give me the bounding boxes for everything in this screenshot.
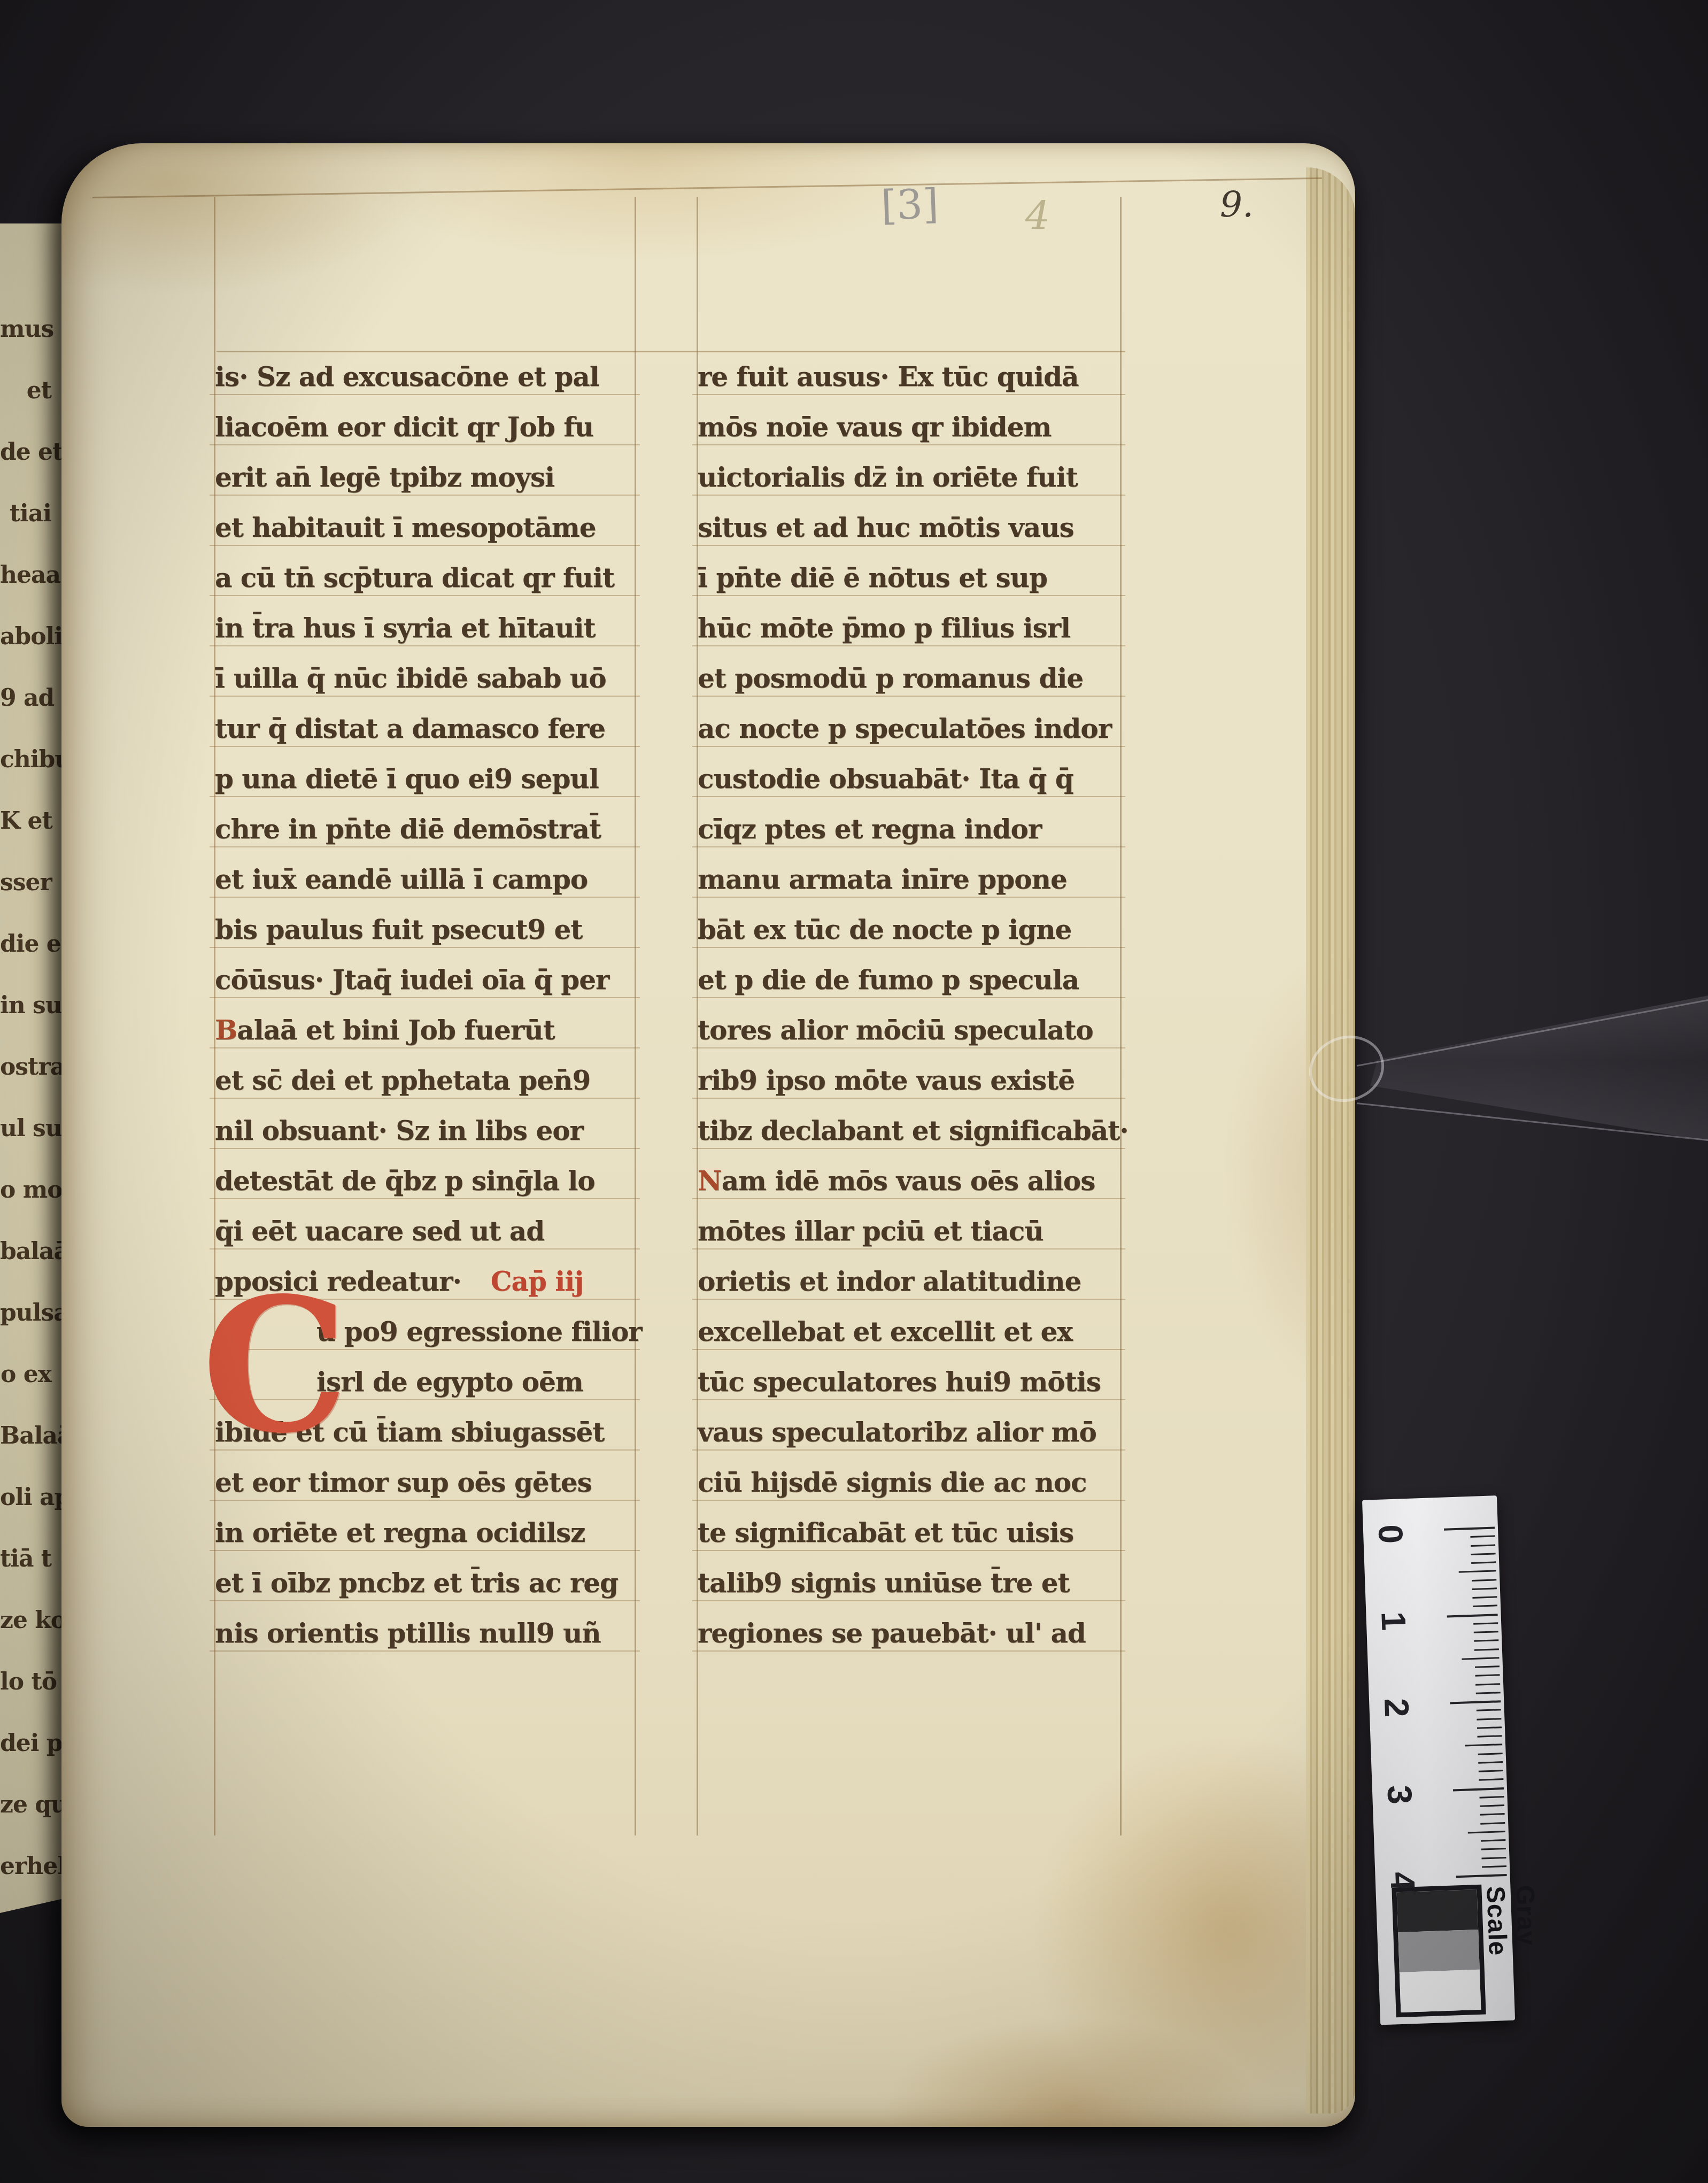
facing-page-fragment: o mouit: [0, 1159, 51, 1221]
manuscript-text-line: et ī oībz pncbz et t̄ris ac reg: [215, 1558, 635, 1608]
manuscript-text-line: et iux̄ eandē uillā ī campo: [215, 854, 635, 905]
ruler-tick: [1475, 1674, 1500, 1677]
facing-page-fragment: die et: [0, 913, 51, 975]
manuscript-text-line: bāt ex tūc de nocte p igne: [698, 905, 1120, 955]
manuscript-text-line: chre in pn̄te diē demōstrat̄: [215, 804, 635, 854]
illuminated-initial: C: [202, 1278, 330, 1470]
manuscript-text-line: bis paulus fuit psecut9 et: [215, 905, 635, 955]
facing-page-fragment: ul sus: [0, 1098, 51, 1159]
manuscript-text-line: a cū tn̄ scp̄tura dicat qr fuit: [215, 553, 635, 603]
manuscript-text-line: q̄i eēt uacare sed ut ad: [215, 1206, 635, 1256]
ruler-tick: [1477, 1709, 1501, 1711]
pencil-folio-annotation: [3]: [880, 180, 939, 229]
ruler-tick: [1481, 1839, 1505, 1842]
manuscript-text-line: in t̄ra hus ī syria et hītauit: [215, 603, 635, 653]
ruler-tick: [1476, 1692, 1501, 1694]
facing-page-fragment: heaa: [0, 544, 51, 606]
ruler-tick: [1477, 1726, 1502, 1729]
ruler-number: 0: [1370, 1515, 1411, 1554]
facing-page-fragment: Balaā: [0, 1405, 51, 1467]
ruler-tick: [1456, 1874, 1507, 1878]
facing-page-fragment: K et: [0, 790, 51, 852]
manuscript-text-line: custodie obsuabāt· Ita q̄ q̄: [698, 754, 1120, 804]
manuscript-text-line: in oriēte et regna ocidilsz: [215, 1508, 635, 1558]
manuscript-text-line: orietis et indor alatitudine: [698, 1256, 1120, 1307]
ruler-ticks: [1362, 1495, 1497, 1500]
top-frame-rule: [92, 178, 1322, 198]
manuscript-page: is· Sz ad excusacōne et palliacoēm eor d…: [61, 143, 1355, 2127]
chapter-rubric: Cap̄ iij: [491, 1266, 584, 1297]
manuscript-text-line: uictorialis dz̄ in oriēte fuit: [698, 452, 1120, 503]
manuscript-text-line: tores alior mōciū speculato: [698, 1005, 1120, 1055]
ruler-tick: [1474, 1648, 1499, 1651]
ruler-tick: [1477, 1718, 1501, 1721]
ruler-tick: [1474, 1631, 1498, 1633]
manuscript-text-line: tibz declabant et significabāt·: [698, 1106, 1120, 1156]
gray-scale-label: Gray Scale: [1480, 1885, 1543, 2018]
facing-page-fragment: chibu: [0, 729, 51, 790]
ruler-tick: [1478, 1735, 1502, 1738]
right-column-right-rule: [1120, 197, 1122, 1835]
ruler-tick: [1471, 1544, 1495, 1547]
ruler-tick: [1471, 1553, 1496, 1555]
manuscript-text-line: liacoēm eor dicit qr Job fu: [215, 402, 635, 452]
manuscript-text-line: Nam idē mōs vaus oēs alios: [698, 1156, 1120, 1206]
manuscript-text-line: cōūsus· Jtaq̄ iudei oīa q̄ per: [215, 955, 635, 1005]
ruler-tick: [1480, 1822, 1505, 1825]
manuscript-text-line: talib9 signis uniūse t̄re et: [698, 1558, 1120, 1608]
facing-page-fragment: tiai: [0, 483, 51, 544]
facing-page-fragment: de et: [0, 421, 51, 483]
ruler-tick: [1478, 1761, 1503, 1764]
facing-page-fragment: ostra: [0, 1036, 51, 1098]
red-touched-initial: B: [215, 1014, 237, 1046]
manuscript-text-line: hūc mōte p̄mo p filius isrl: [698, 603, 1120, 653]
manuscript-text-line: mōtes illar pciū et tiacū: [698, 1206, 1120, 1256]
ruler-tick: [1447, 1614, 1498, 1617]
ruler-number: 2: [1376, 1688, 1417, 1727]
facing-page-fragment: mus: [0, 298, 51, 360]
facing-page-fragment: in sus: [0, 975, 51, 1036]
ruler-number: 3: [1379, 1775, 1420, 1814]
manuscript-text-line: nis orientis ptillis null9 uñ: [215, 1608, 635, 1659]
facing-page-fragment: et: [0, 360, 51, 421]
facing-page-fragment: oli ap: [0, 1467, 51, 1528]
manuscript-text-line: re fuit ausus· Ex tūc quidā: [698, 352, 1120, 402]
facing-page-line-endings: musetde ettiaiheaaaboli9 adchibuK etsser…: [0, 298, 51, 1897]
manuscript-text-line: manu armata inīre ppone: [698, 854, 1120, 905]
ruler-tick: [1470, 1536, 1495, 1538]
manuscript-text-line: p una dietē ī quo ei9 sepul: [215, 754, 635, 804]
facing-page-fragment: pulsa: [0, 1282, 51, 1344]
gray-scale-white-patch: [1400, 1970, 1481, 2012]
ruler-tick: [1450, 1700, 1501, 1704]
manuscript-text-line: is· Sz ad excusacōne et pal: [215, 352, 635, 402]
ruler-tick: [1473, 1605, 1497, 1608]
manuscript-text-line: et p die de fumo p specula: [698, 955, 1120, 1005]
manuscript-text-line: situs et ad huc mōtis vaus: [698, 503, 1120, 553]
manuscript-text-line: rib9 ipso mōte vaus existē: [698, 1055, 1120, 1106]
ruler-tick: [1462, 1657, 1499, 1660]
facing-page-fragment: dei par: [0, 1713, 51, 1774]
facing-page-fragment: ze ko: [0, 1590, 51, 1651]
ruler-tick: [1474, 1640, 1498, 1642]
ruler-tick: [1481, 1857, 1506, 1860]
manuscript-text-line: Balaā et bini Job fuerūt: [215, 1005, 635, 1055]
ruler-tick: [1479, 1770, 1503, 1772]
manuscript-text-line: ī uilla q̄ nūc ibidē sabab uō: [215, 653, 635, 704]
facing-page-fragment: ze quo: [0, 1774, 51, 1835]
facing-page-fragment: o ex: [0, 1344, 51, 1405]
ruler-tick: [1472, 1579, 1496, 1582]
gray-scale-gray-patch: [1398, 1930, 1480, 1972]
ruler-tick: [1459, 1570, 1496, 1573]
ruler-tick: [1473, 1622, 1498, 1625]
manuscript-photo: musetde ettiaiheaaaboli9 adchibuK etsser…: [0, 0, 1708, 2183]
ruler-numbers: 01234: [1362, 1495, 1497, 1500]
ruler-tick: [1479, 1796, 1504, 1799]
manuscript-text-line: vaus speculatoribz alior mō: [698, 1407, 1120, 1457]
pencil-quire-mark: 4: [1025, 194, 1050, 238]
manuscript-text-line: excellebat et excellit et ex: [698, 1307, 1120, 1357]
manuscript-text-line: et habitauit ī mesopotāme: [215, 503, 635, 553]
facing-page-fragment: aboli: [0, 606, 51, 667]
ruler-tick: [1481, 1848, 1506, 1850]
manuscript-text-line: mōs noīe vaus qr ibidem: [698, 402, 1120, 452]
facing-page-fragment: tiā t: [0, 1528, 51, 1590]
red-touched-initial: N: [698, 1165, 722, 1197]
ruler-tick: [1472, 1596, 1497, 1599]
manuscript-text-line: erit an̄ legē tpibz moysi: [215, 452, 635, 503]
ruler-tick: [1480, 1804, 1504, 1807]
plastic-strap: [1353, 996, 1708, 1141]
manuscript-text-line: tur q̄ distat a damasco fere: [215, 704, 635, 754]
facing-page-fragment: sser: [0, 852, 51, 913]
facing-page-fragment: lo tō: [0, 1651, 51, 1713]
gray-scale-patches: [1392, 1885, 1486, 2018]
ruler-tick: [1472, 1587, 1497, 1590]
manuscript-text-line: detestāt de q̄bz p sinḡla lo: [215, 1156, 635, 1206]
ruler-tick: [1444, 1526, 1495, 1530]
gray-scale-black-patch: [1397, 1889, 1479, 1932]
ruler-tick: [1471, 1561, 1496, 1564]
ruler-tick: [1478, 1753, 1503, 1755]
ruler-tick: [1482, 1865, 1506, 1868]
manuscript-text-line: regiones se pauebāt· ul' ad: [698, 1608, 1120, 1659]
manuscript-text-line: tūc speculatores hui9 mōtis: [698, 1357, 1120, 1407]
ruler-tick: [1479, 1778, 1503, 1781]
ruler-tick: [1475, 1665, 1500, 1668]
measurement-ruler: 01234 Gray Scale: [1362, 1495, 1515, 2025]
manuscript-text-line: ac nocte p speculatōes indor: [698, 704, 1120, 754]
page-fore-edge-stack: [1306, 167, 1355, 2113]
manuscript-text-line: cīqz ptes et regna indor: [698, 804, 1120, 854]
ruler-number: 1: [1373, 1601, 1414, 1640]
ruler-tick: [1475, 1683, 1500, 1686]
ruler-tick: [1465, 1744, 1502, 1746]
folio-number: 9.: [1220, 184, 1254, 225]
ruler-tick: [1480, 1813, 1505, 1816]
ruler-tick: [1468, 1831, 1505, 1833]
manuscript-text-line: et posmodū p romanus die: [698, 653, 1120, 704]
facing-page-fragment: balaā: [0, 1221, 51, 1282]
manuscript-text-line: ī pn̄te diē ē nōtus et sup: [698, 553, 1120, 603]
manuscript-text-line: et sc̄ dei et pphetata pen̄9: [215, 1055, 635, 1106]
ruler-tick: [1453, 1787, 1504, 1791]
manuscript-text-line: te significabāt et tūc uisis: [698, 1508, 1120, 1558]
facing-page-fragment: 9 ad: [0, 667, 51, 729]
facing-page-fragment: erhelj: [0, 1835, 51, 1897]
left-column-right-rule: [635, 197, 636, 1835]
manuscript-text-line: nil obsuant· Sz in libs eor: [215, 1106, 635, 1156]
text-column-right: re fuit ausus· Ex tūc quidāmōs noīe vaus…: [698, 352, 1120, 1659]
manuscript-text-line: ciū hijsdē signis die ac noc: [698, 1457, 1120, 1508]
